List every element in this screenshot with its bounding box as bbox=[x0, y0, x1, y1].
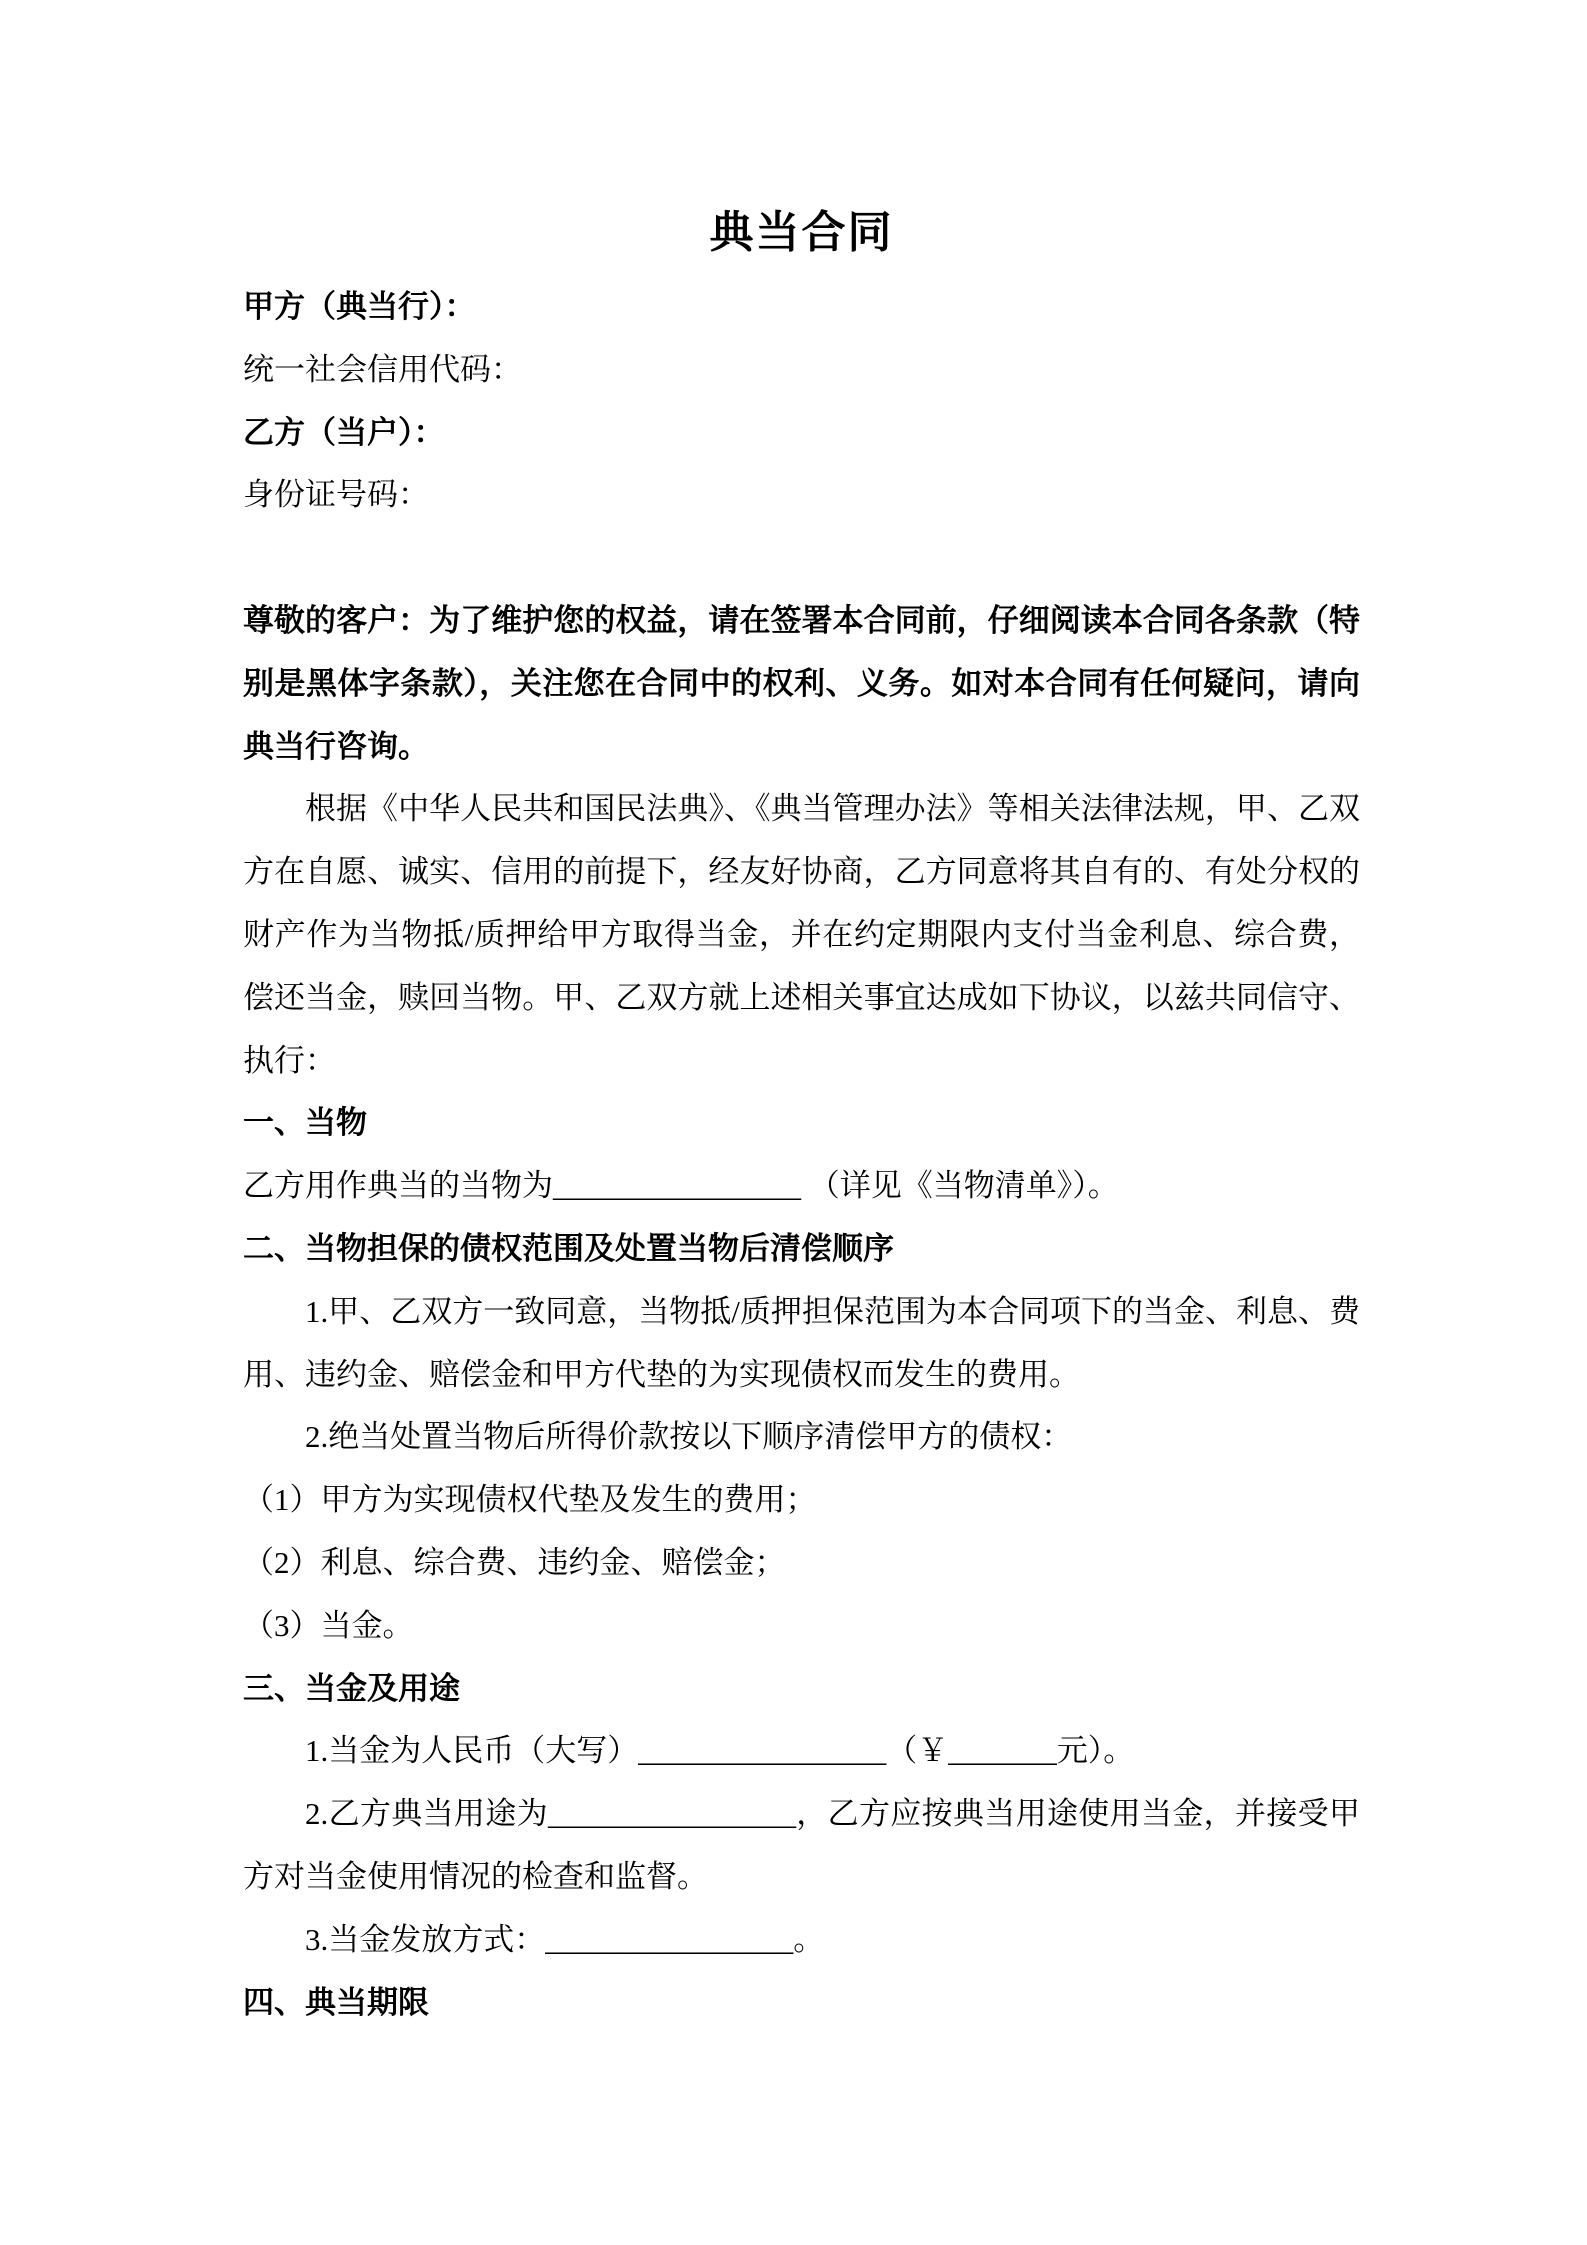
section-3-item-1: 1.当金为人民币（大写）________________（￥_______元）。 bbox=[243, 1720, 1360, 1783]
section-2-item-2: 2.绝当处置当物后所得价款按以下顺序清偿甲方的债权： bbox=[243, 1406, 1360, 1469]
party-b-label: 乙方（当户）： bbox=[243, 402, 1360, 465]
section-1-heading: 一、当物 bbox=[243, 1092, 1360, 1155]
section-2-heading: 二、当物担保的债权范围及处置当物后清偿顺序 bbox=[243, 1218, 1360, 1281]
id-number-label: 身份证号码： bbox=[243, 464, 1360, 527]
contract-page: 典当合同 甲方（典当行）： 统一社会信用代码： 乙方（当户）： 身份证号码： 尊… bbox=[243, 190, 1360, 2034]
section-2-sub-item-1: （1）甲方为实现债权代垫及发生的费用； bbox=[243, 1469, 1360, 1532]
preamble: 根据《中华人民共和国民法典》、《典当管理办法》等相关法律法规，甲、乙双方在自愿、… bbox=[243, 778, 1360, 1092]
blank-line bbox=[243, 527, 1360, 590]
customer-notice: 尊敬的客户：为了维护您的权益，请在签署本合同前，仔细阅读本合同各条款（特别是黑体… bbox=[243, 590, 1360, 778]
section-2-item-1: 1.甲、乙双方一致同意，当物抵/质押担保范围为本合同项下的当金、利息、费用、违约… bbox=[243, 1281, 1360, 1407]
section-4-heading: 四、典当期限 bbox=[243, 1972, 1360, 2035]
credit-code-label: 统一社会信用代码： bbox=[243, 339, 1360, 402]
section-3-heading: 三、当金及用途 bbox=[243, 1658, 1360, 1721]
section-1-pawned-item-line: 乙方用作典当的当物为________________ （详见《当物清单》）。 bbox=[243, 1155, 1360, 1218]
party-a-label: 甲方（典当行）： bbox=[243, 276, 1360, 339]
section-3-item-2: 2.乙方典当用途为________________，乙方应按典当用途使用当金，并… bbox=[243, 1783, 1360, 1909]
page-title: 典当合同 bbox=[243, 190, 1360, 276]
section-3-item-3: 3.当金发放方式：________________。 bbox=[243, 1909, 1360, 1972]
section-2-sub-item-2: （2）利息、综合费、违约金、赔偿金； bbox=[243, 1532, 1360, 1595]
section-2-sub-item-3: （3）当金。 bbox=[243, 1595, 1360, 1658]
